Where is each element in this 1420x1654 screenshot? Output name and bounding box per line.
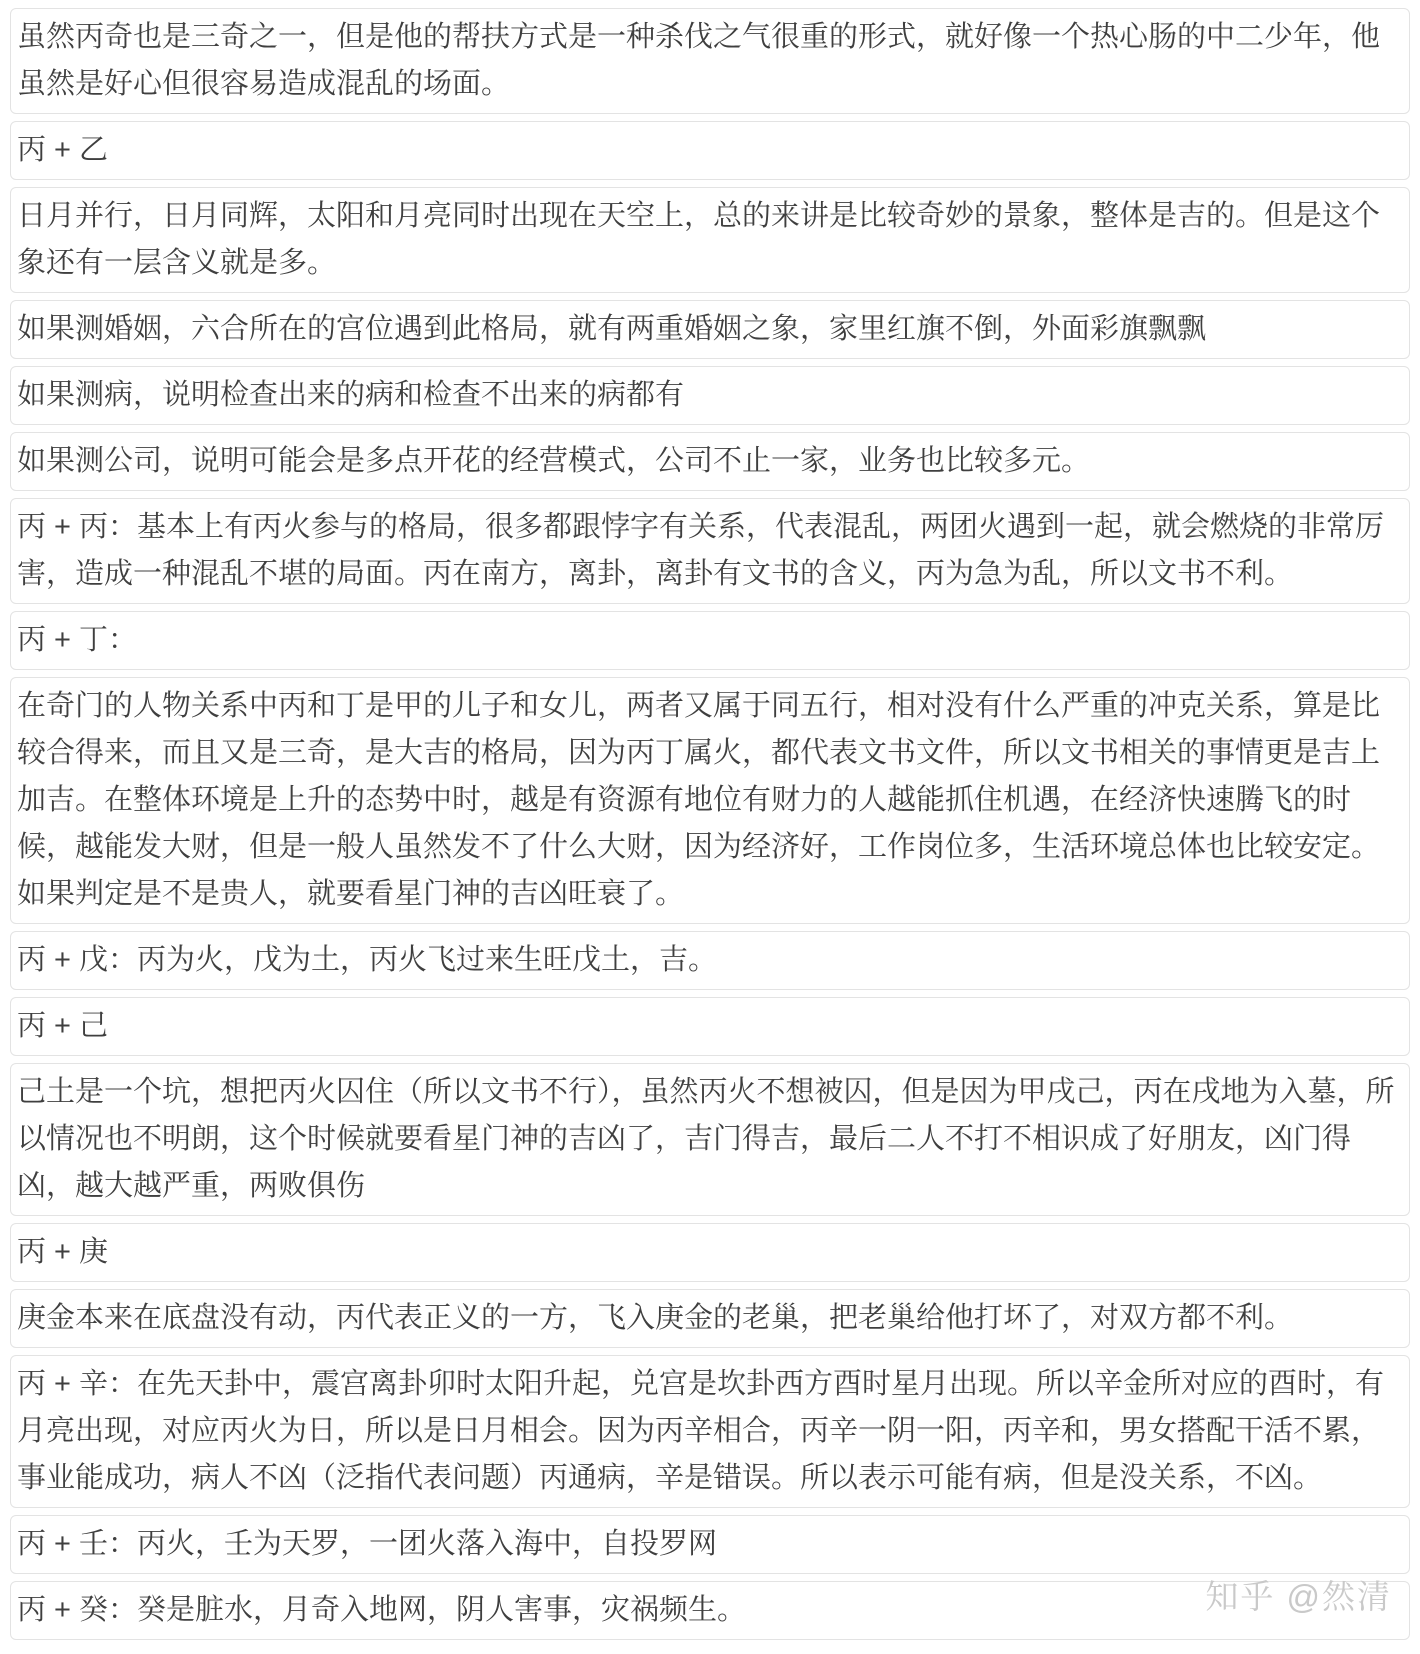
- paragraph-sun-moon: 日月并行，日月同辉，太阳和月亮同时出现在天空上，总的来讲是比较奇妙的景象，整体是…: [10, 187, 1410, 293]
- paragraph-bing-qi-intro: 虽然丙奇也是三奇之一，但是他的帮扶方式是一种杀伐之气很重的形式，就好像一个热心肠…: [10, 8, 1410, 114]
- heading-bing-plus-yi: 丙 + 乙: [10, 121, 1410, 180]
- paragraph-bing-plus-wu: 丙 + 戊：丙为火，戊为土，丙火飞过来生旺戊土，吉。: [10, 931, 1410, 990]
- paragraph-bing-plus-xin: 丙 + 辛：在先天卦中，震宫离卦卯时太阳升起，兑宫是坎卦西方酉时星月出现。所以辛…: [10, 1355, 1410, 1508]
- paragraph-bing-geng-detail: 庚金本来在底盘没有动，丙代表正义的一方，飞入庚金的老巢，把老巢给他打坏了，对双方…: [10, 1289, 1410, 1348]
- heading-bing-plus-ji: 丙 + 己: [10, 997, 1410, 1056]
- paragraph-company: 如果测公司，说明可能会是多点开花的经营模式，公司不止一家，业务也比较多元。: [10, 432, 1410, 491]
- paragraph-illness: 如果测病，说明检查出来的病和检查不出来的病都有: [10, 366, 1410, 425]
- paragraph-bing-ji-detail: 己土是一个坑，想把丙火囚住（所以文书不行），虽然丙火不想被囚，但是因为甲戌己，丙…: [10, 1063, 1410, 1216]
- heading-bing-plus-ding: 丙 + 丁：: [10, 611, 1410, 670]
- heading-bing-plus-geng: 丙 + 庚: [10, 1223, 1410, 1282]
- paragraph-marriage: 如果测婚姻，六合所在的宫位遇到此格局，就有两重婚姻之象，家里红旗不倒，外面彩旗飘…: [10, 300, 1410, 359]
- paragraph-bing-plus-bing: 丙 + 丙：基本上有丙火参与的格局，很多都跟悖字有关系，代表混乱，两团火遇到一起…: [10, 498, 1410, 604]
- paragraph-bing-plus-ren: 丙 + 壬：丙火，壬为天罗，一团火落入海中，自投罗网: [10, 1515, 1410, 1574]
- paragraph-bing-plus-gui: 丙 + 癸：癸是脏水，月奇入地网，阴人害事，灾祸频生。: [10, 1581, 1410, 1640]
- paragraph-bing-ding-detail: 在奇门的人物关系中丙和丁是甲的儿子和女儿，两者又属于同五行，相对没有什么严重的冲…: [10, 677, 1410, 924]
- article-content: 虽然丙奇也是三奇之一，但是他的帮扶方式是一种杀伐之气很重的形式，就好像一个热心肠…: [0, 0, 1420, 1646]
